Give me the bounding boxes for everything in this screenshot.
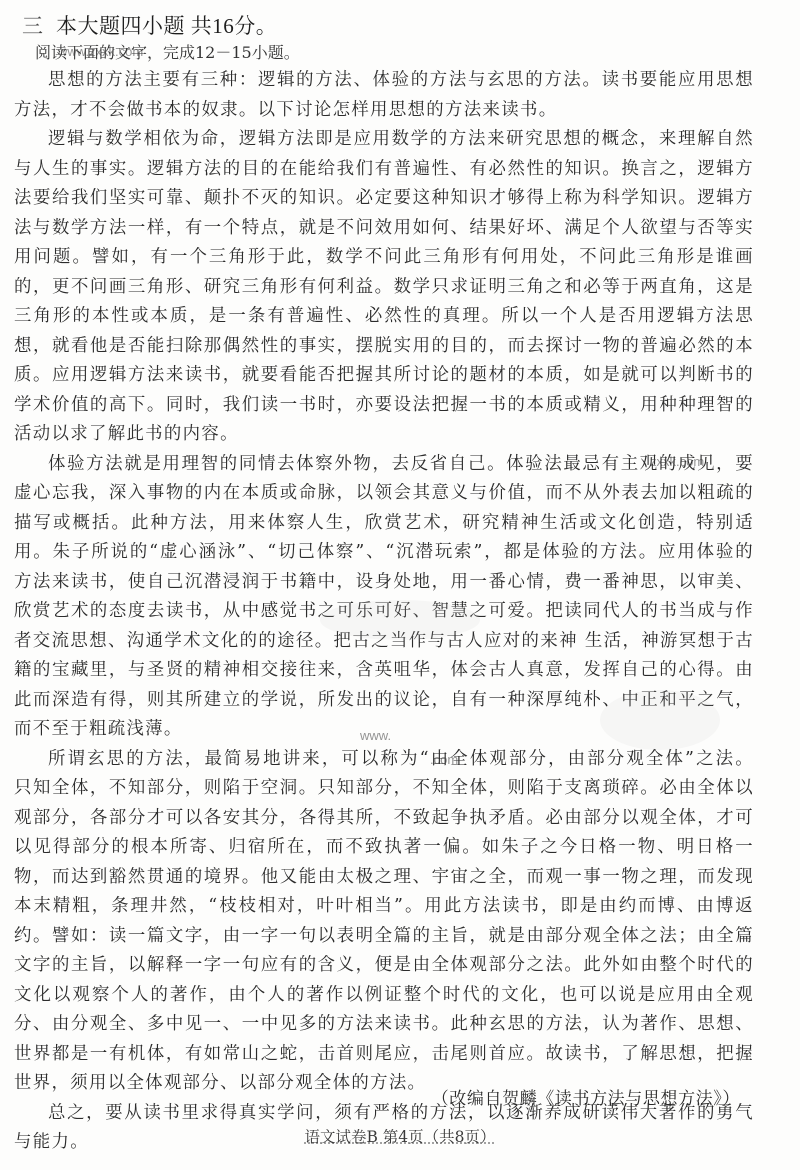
passage-line: 想，就看他是否能扫除那偶然性的事实，摆脱实用的目的，而去探讨一物的普遍必然的本 [14, 332, 754, 362]
passage-line: 此而深造有得，则其所建立的学说，所发出的议论，自有一种深厚纯朴、中正和平之气， [14, 686, 754, 716]
passage-line: 法与数学方法一样，有一个特点，就是不问效用如何、结果好坏、满足个人欲望与否等实 [14, 214, 754, 244]
instruction-text: 阅读下面的文字，完成12－15小题。 [35, 43, 300, 62]
passage-line: 虚心忘我，深入事物的内在本质或命脉，以领会其意义与价值，而不从外表去加以粗疏的 [14, 479, 754, 509]
section-number: 三 [22, 10, 56, 40]
passage-line: 活动以求了解此书的内容。 [14, 420, 754, 450]
passage-line: 约。譬如：读一篇文字，由一字一句以表明全篇的主旨，就是由部分观全体之法；由全篇 [14, 922, 754, 952]
passage-line: 而不至于粗疏浅薄。 [14, 715, 754, 745]
passage-line: 体验方法就是用理智的同情去体察外物，去反省自己。体验法最忌有主观的成见，要 [14, 450, 754, 480]
passage-line: 世界都是一有机体，有如常山之蛇，击首则尾应，击尾则首应。故读书，了解思想，把握 [14, 1040, 754, 1070]
reading-passage: 思想的方法主要有三种：逻辑的方法、体验的方法与玄思的方法。读书要能应用思想方法，… [14, 66, 754, 1158]
passage-line: 的，更不问画三角形、研究三角形有何利益。数学只求证明三角之和必等于两直角，这是 [14, 273, 754, 303]
passage-line: 欣赏艺术的态度去读书，从中感觉书之可乐可好、智慧之可爱。把读同代人的书当成与作 [14, 597, 754, 627]
passage-line: 物，而达到豁然贯通的境界。他又能由太极之理、宇宙之全，而观一事一物之理，而发现 [14, 863, 754, 893]
passage-line: 本末精粗，条理井然，“枝枝相对，叶叶相当”。用此方法读书，即是由约而博、由博返 [14, 892, 754, 922]
passage-line: 观部分，各部分才可以各安其分，各得其所，不致起争执矛盾。必由部分以观全体，才可 [14, 804, 754, 834]
passage-line: 方法来读书，使自己沉潜浸润于书籍中，设身处地，用一番心情，费一番神思，以审美、 [14, 568, 754, 598]
passage-line: 分、由分观全、多中见一、一中见多的方法来读书。此种玄思的方法，认为著作、思想、 [14, 1010, 754, 1040]
source-citation: （改编自贺麟《读书方法与思想方法》） [432, 1084, 740, 1109]
passage-line: 用问题。譬如，有一个三角形于此，数学不问此三角形有何用处，不问此三角形是谁画 [14, 243, 754, 273]
passage-line: 三角形的本性或本质，是一条有普遍性、必然性的真理。所以一个人是否用逻辑方法思 [14, 302, 754, 332]
passage-line: 只知全体，不知部分，则陷于空洞。只知部分，不知全体，则陷于支离琐碎。必由全体以 [14, 774, 754, 804]
passage-line: 学术价值的高下。同时，我们读一书时，亦要设法把握一书的本质或精义，用种种理智的 [14, 391, 754, 421]
passage-line: 用。朱子所说的“虚心涵泳”、“切己体察”、“沉潜玩索”，都是体验的方法。应用体验… [14, 538, 754, 568]
passage-line: 法要给我们坚实可靠、颠扑不灭的知识。必定要这种知识才够得上称为科学知识。逻辑方 [14, 184, 754, 214]
passage-line: 与人生的事实。逻辑方法的目的在能给我们有普遍性、有必然性的知识。换言之，逻辑方 [14, 155, 754, 185]
section-heading: 三本大题四小题 共16分。 [22, 10, 277, 40]
passage-line: 文字的主旨，以解释一字一句应有的含义，便是由全体观部分之法。此外如由整个时代的 [14, 951, 754, 981]
passage-line: 籍的宝藏里，与圣贤的精神相交接往来，含英咀华，体会古人真意，发挥自己的心得。由 [14, 656, 754, 686]
passage-line: 文化以观察个人的著作，由个人的著作以例证整个时代的文化，也可以说是应用由全观 [14, 981, 754, 1011]
reading-instruction: 阅读下面的文字，完成12－15小题。 [35, 40, 300, 63]
passage-line: 思想的方法主要有三种：逻辑的方法、体验的方法与玄思的方法。读书要能应用思想 [14, 66, 754, 96]
passage-line: 质。应用逻辑方法来读书，就要看能否把握其所讨论的题材的本质，如是就可以判断书的 [14, 361, 754, 391]
passage-line: 描写或概括。此种方法，用来体察人生，欣赏艺术，研究精神生活或文化创造，特别适 [14, 509, 754, 539]
exam-page: 三本大题四小题 共16分。 阅读下面的文字，完成12－15小题。 思想的方法主要… [0, 0, 800, 1170]
page-number-text: 语文试卷B 第4页（共8页） [304, 1128, 495, 1146]
passage-line: 所谓玄思的方法，最简易地讲来，可以称为“由全体观部分，由部分观全体”之法。 [14, 745, 754, 775]
passage-line: 以见得部分的根本所寄、归宿所在，而不致执著一偏。如朱子之今日格一物、明日格一 [14, 833, 754, 863]
passage-line: 者交流思想、沟通学术文化的的途径。把古之当作与古人应对的来神 生活，神游冥想于古 [14, 627, 754, 657]
passage-line: 逻辑与数学相依为命，逻辑方法即是应用数学的方法来研究思想的概念，来理解自然 [14, 125, 754, 155]
page-footer: 语文试卷B 第4页（共8页） [0, 1125, 800, 1147]
section-title: 本大题四小题 共16分。 [56, 14, 277, 38]
passage-line: 方法，才不会做书本的奴隶。以下讨论怎样用思想的方法来读书。 [14, 96, 754, 126]
